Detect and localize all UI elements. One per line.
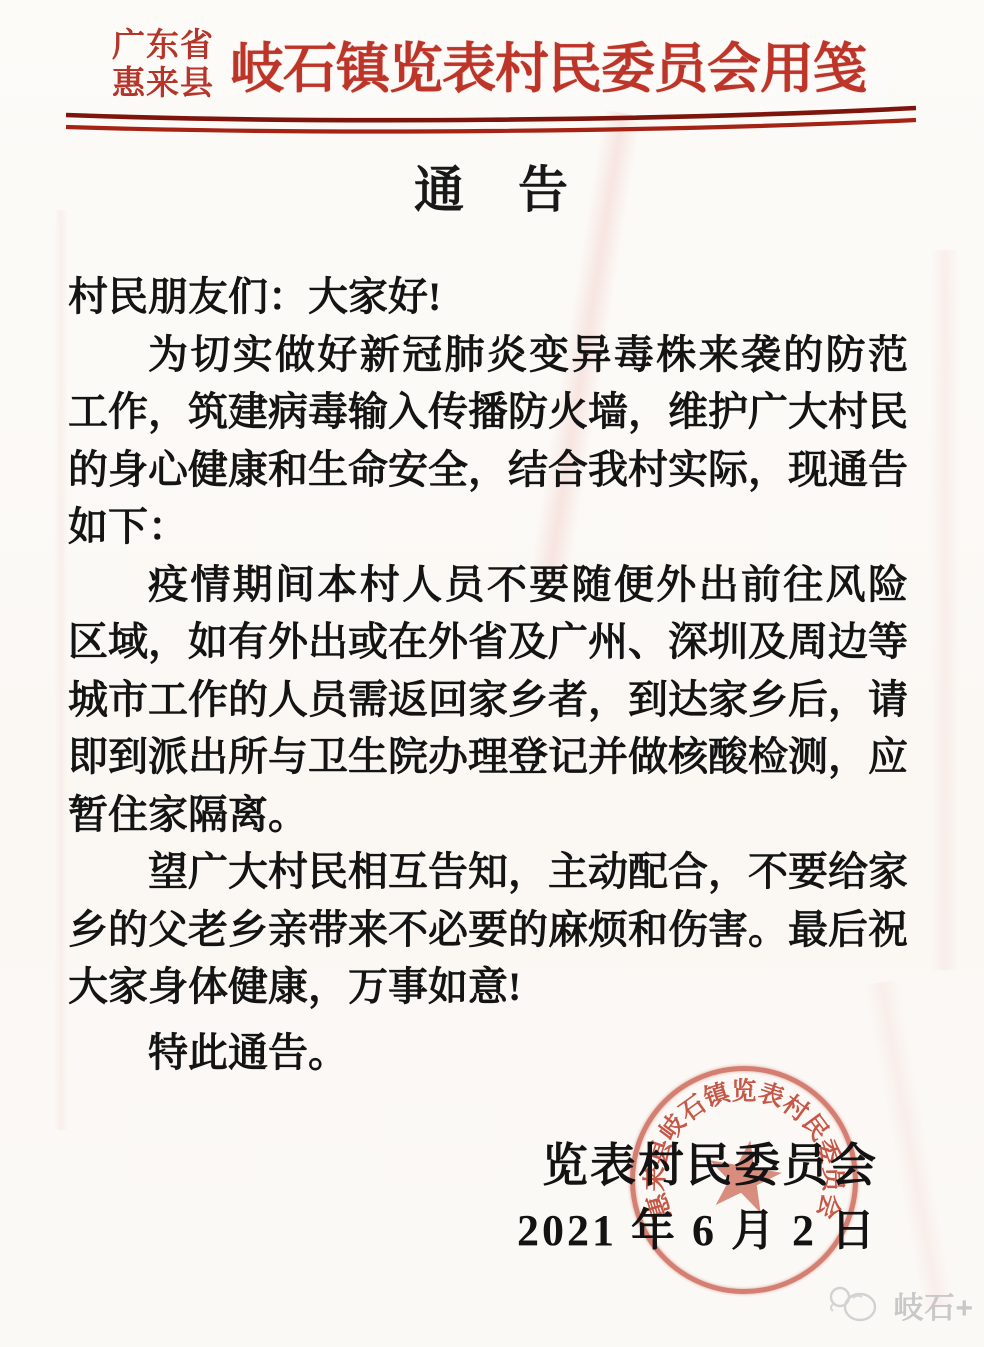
signature-date: 2021 年 6 月 2 日 [517,1206,878,1256]
body-line: 城市工作的人员需返回家乡者，到达家乡后，请 [68,671,908,729]
scanned-notice-page: 广东省 惠来县 岐石镇览表村民委员会用笺 通 告 村民朋友们：大家好! 为切实做… [0,0,984,1347]
region-county: 惠来县 [112,65,214,103]
watermark-label: 岐石+ [893,1283,974,1327]
signature-name: 览表村民委员会 [517,1140,878,1192]
corner-watermark: 岐石+ [827,1282,974,1328]
double-rule-divider [58,102,926,136]
seal-ring-char: 览 [731,1080,756,1105]
body-line: 的身心健康和生命安全，结合我村实际，现通告 [68,441,908,499]
letterhead: 广东省 惠来县 岐石镇览表村民委员会用笺 [112,26,924,103]
body-line: 即到派出所与卫生院办理登记并做核酸检测，应 [68,728,908,786]
scan-streak [930,250,960,970]
scan-streak [54,210,68,1130]
body-line: 大家身体健康，万事如意! [68,958,908,1016]
letterhead-title: 岐石镇览表村民委员会用笺 [230,26,866,103]
body-line: 如下： [68,498,908,556]
notice-body: 村民朋友们：大家好! 为切实做好新冠肺炎变异毒株来袭的防范 工作，筑建病毒输入传… [68,268,908,1081]
region-province: 广东省 [112,27,214,65]
body-line: 村民朋友们：大家好! [68,268,908,326]
body-line: 乡的父老乡亲带来不必要的麻烦和伤害。最后祝 [68,901,908,959]
body-line: 暂住家隔离。 [68,786,908,844]
letterhead-region: 广东省 惠来县 [112,27,214,103]
body-line: 疫情期间本村人员不要随便外出前往风险 [68,556,908,614]
body-line: 为切实做好新冠肺炎变异毒株来袭的防范 [68,326,908,384]
qishi-logo-icon [827,1282,885,1328]
signature-block: 览表村民委员会 2021 年 6 月 2 日 [517,1140,878,1256]
body-line: 望广大村民相互告知，主动配合，不要给家 [68,843,908,901]
body-line: 工作，筑建病毒输入传播防火墙，维护广大村民 [68,383,908,441]
notice-title: 通 告 [0,150,984,222]
body-line: 区域，如有外出或在外省及广州、深圳及周边等 [68,613,908,671]
